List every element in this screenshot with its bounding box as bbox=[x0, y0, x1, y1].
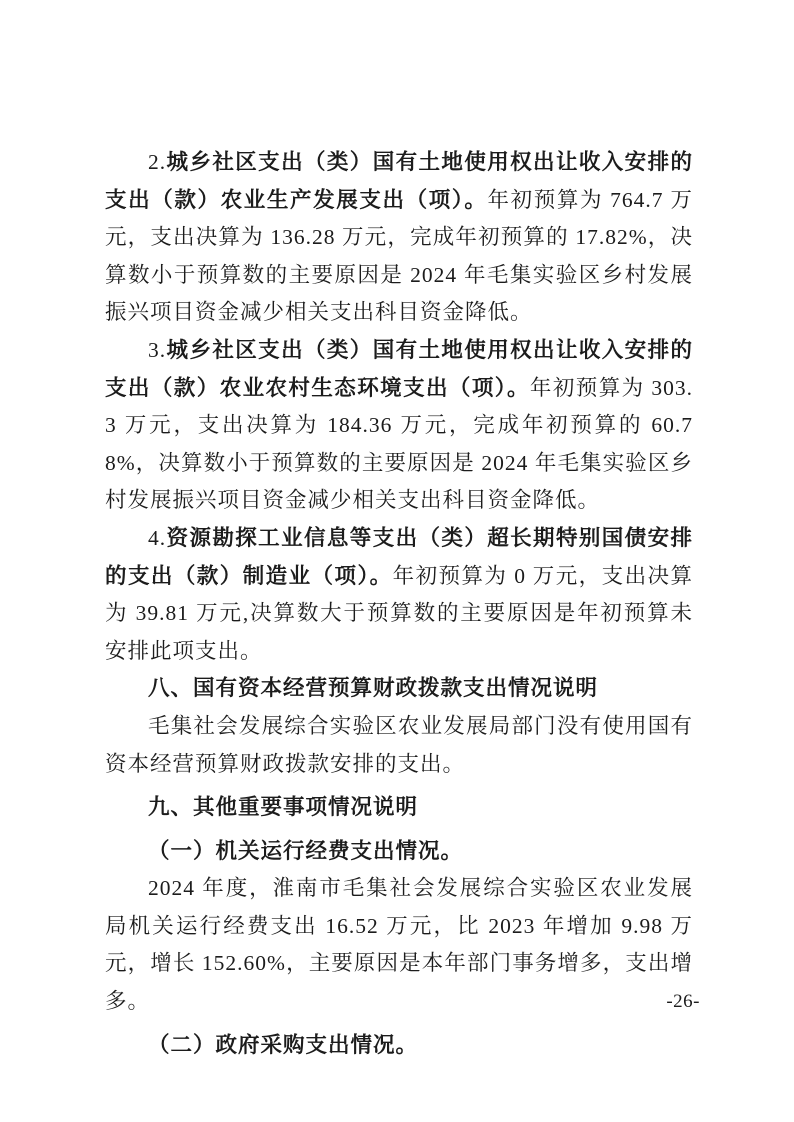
body-text: 2. bbox=[148, 150, 166, 174]
page-number: -26- bbox=[666, 991, 700, 1013]
body-text: 4. bbox=[148, 526, 166, 550]
body-text: 3. bbox=[148, 338, 166, 362]
document-content: 2.城乡社区支出（类）国有土地使用权出让收入安排的支出（款）农业生产发展支出（项… bbox=[105, 144, 693, 1064]
body-text: 2024 年度，淮南市毛集社会发展综合实验区农业发展局机关运行经费支出 16.5… bbox=[105, 876, 693, 1013]
para-section8-no-state-capital-expenditure: 毛集社会发展综合实验区农业发展局部门没有使用国有资本经营预算财政拨款安排的支出。 bbox=[105, 708, 693, 783]
para-item3-urban-rural-community-agri-rural-eco-env: 3.城乡社区支出（类）国有土地使用权出让收入安排的支出（款）农业农村生态环境支出… bbox=[105, 332, 693, 520]
para-item4-resource-exploration-manufacturing: 4.资源勘探工业信息等支出（类）超长期特别国债安排的支出（款）制造业（项）。年初… bbox=[105, 520, 693, 670]
para-item2-urban-rural-community-agri-production: 2.城乡社区支出（类）国有土地使用权出让收入安排的支出（款）农业生产发展支出（项… bbox=[105, 144, 693, 332]
heading-section8-state-capital-operating-budget: 八、国有资本经营预算财政拨款支出情况说明 bbox=[105, 670, 693, 708]
body-text: 毛集社会发展综合实验区农业发展局部门没有使用国有资本经营预算财政拨款安排的支出。 bbox=[105, 714, 693, 776]
heading-section9-1-agency-operating-expenses: （一）机关运行经费支出情况。 bbox=[105, 833, 693, 871]
heading-section9-other-important-matters: 九、其他重要事项情况说明 bbox=[105, 789, 693, 827]
emphasis-text: 九、其他重要事项情况说明 bbox=[148, 795, 418, 819]
emphasis-text: （一）机关运行经费支出情况。 bbox=[148, 839, 463, 863]
emphasis-text: （二）政府采购支出情况。 bbox=[148, 1033, 418, 1057]
para-section9-1-operating-expense-detail: 2024 年度，淮南市毛集社会发展综合实验区农业发展局机关运行经费支出 16.5… bbox=[105, 870, 693, 1020]
emphasis-text: 八、国有资本经营预算财政拨款支出情况说明 bbox=[148, 676, 598, 700]
document-page: 2.城乡社区支出（类）国有土地使用权出让收入安排的支出（款）农业生产发展支出（项… bbox=[0, 0, 794, 1122]
heading-section9-2-government-procurement: （二）政府采购支出情况。 bbox=[105, 1027, 693, 1065]
